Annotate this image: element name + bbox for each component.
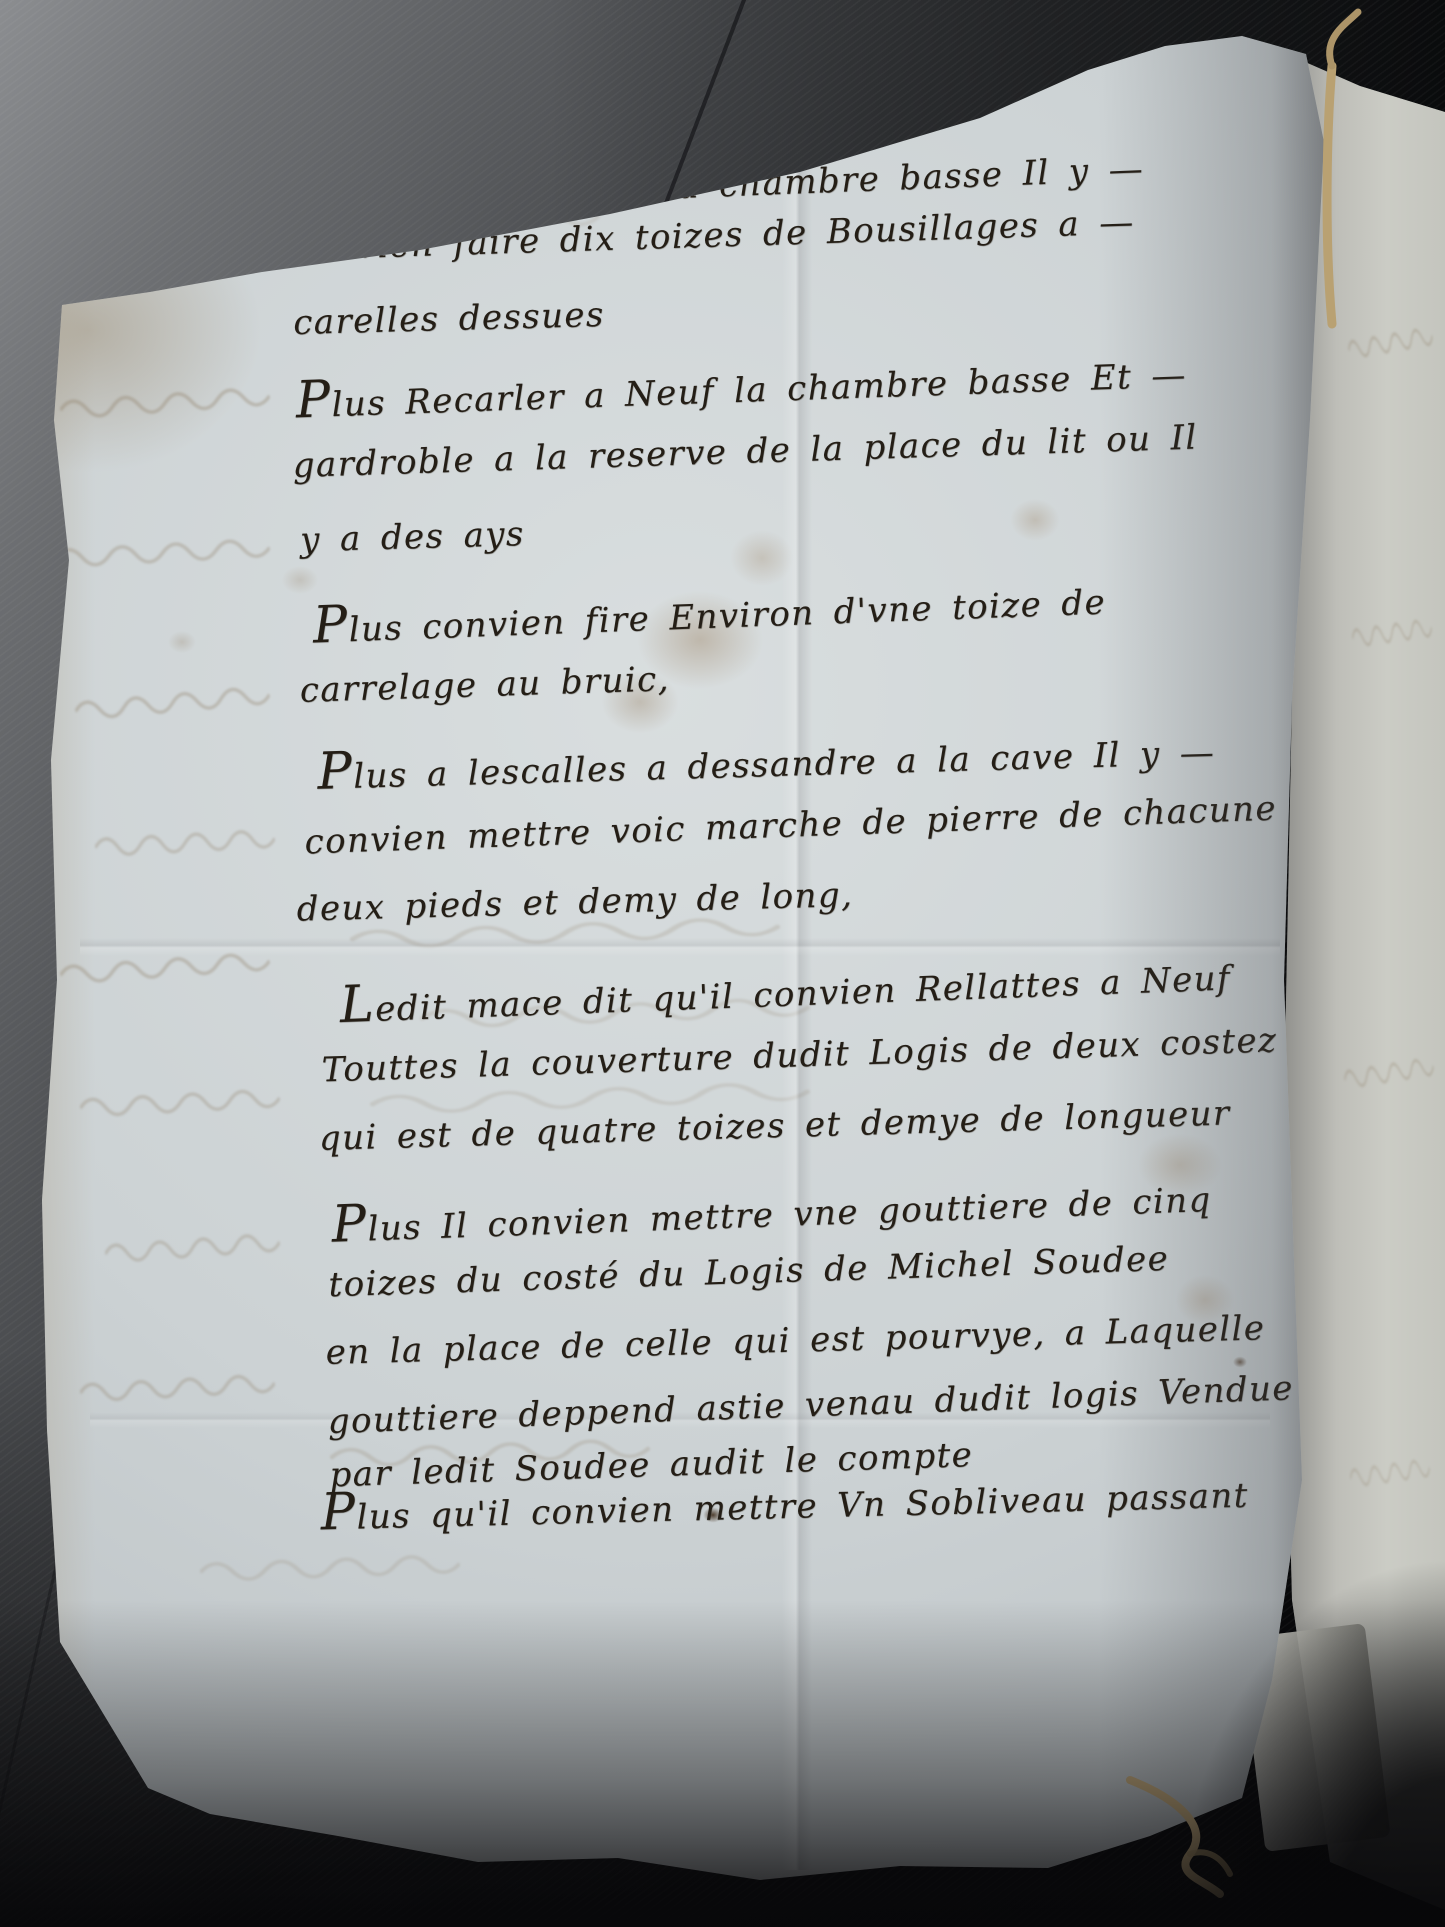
bleed-through-mark xyxy=(1351,615,1434,652)
bleed-through-mark xyxy=(1349,1455,1432,1492)
photographed-manuscript-scene: Dans la gardoble a chambre basse Il y —c… xyxy=(0,0,1445,1927)
bleed-through-mark xyxy=(1343,1053,1436,1093)
binding-twine-top xyxy=(1298,4,1378,334)
gutter-shadow xyxy=(0,0,1445,1927)
binding-twine-knot xyxy=(1118,1762,1248,1912)
manuscript-page: Dans la gardoble a chambre basse Il y —c… xyxy=(0,0,1445,1927)
